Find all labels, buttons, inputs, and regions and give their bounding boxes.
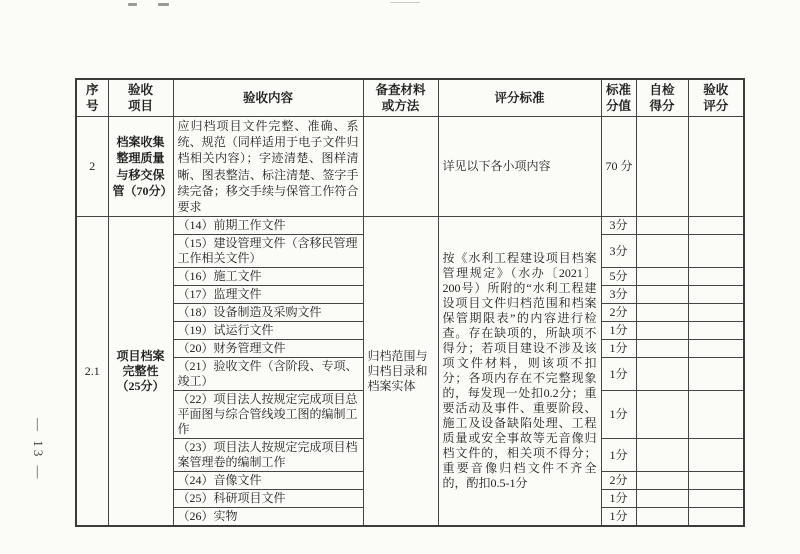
self-score-cell — [636, 322, 688, 340]
col-header-acceptance-score: 验收 评分 — [688, 79, 744, 117]
sub-item-label: （23）项目法人按规定完成项目档案管理卷的编制工作 — [173, 439, 363, 472]
row2-1-index: 2.1 — [76, 217, 108, 527]
sub-item-label: （18）设备制造及采购文件 — [173, 304, 363, 322]
sub-item-score: 2分 — [601, 472, 636, 490]
acceptance-score-cell — [688, 286, 744, 304]
sub-item-label: （25）科研项目文件 — [173, 490, 363, 508]
scan-artifact — [390, 2, 420, 3]
acceptance-score-cell — [688, 508, 744, 527]
sub-item-score: 5分 — [601, 268, 636, 286]
acceptance-score-cell — [688, 391, 744, 439]
sub-item-label: （24）音像文件 — [173, 472, 363, 490]
self-score-cell — [636, 472, 688, 490]
row2-self-score-cell — [636, 117, 688, 217]
row2-1-item: 项目档案完整性（25分） — [108, 217, 173, 527]
sub-item-score: 1分 — [601, 340, 636, 358]
scan-artifact — [158, 3, 169, 6]
self-score-cell — [636, 358, 688, 391]
self-score-cell — [636, 217, 688, 235]
self-score-cell — [636, 268, 688, 286]
sub-item-score: 1分 — [601, 358, 636, 391]
scan-artifact — [128, 3, 137, 6]
sub-item-score: 2分 — [601, 304, 636, 322]
page-number: — 13 — — [30, 418, 46, 482]
row2-materials — [363, 117, 438, 217]
sub-item-label: （15）建设管理文件（含移民管理工作相关文件） — [173, 235, 363, 268]
self-score-cell — [636, 340, 688, 358]
sub-item-label: （21）验收文件（含阶段、专项、竣工） — [173, 358, 363, 391]
row2-index: 2 — [76, 117, 108, 217]
row2-item: 档案收集整理质量与移交保管（70分） — [108, 117, 173, 217]
acceptance-score-cell — [688, 340, 744, 358]
self-score-cell — [636, 304, 688, 322]
self-score-cell — [636, 235, 688, 268]
sub-item-score: 3分 — [601, 217, 636, 235]
acceptance-score-cell — [688, 358, 744, 391]
sub-item-score: 3分 — [601, 286, 636, 304]
table-row-2-1-sub-0: 2.1 项目档案完整性（25分） （14）前期工作文件 归档范围与归档目录和档案… — [76, 217, 744, 235]
acceptance-score-cell — [688, 490, 744, 508]
acceptance-score-cell — [688, 268, 744, 286]
self-score-cell — [636, 490, 688, 508]
acceptance-score-cell — [688, 217, 744, 235]
sub-item-label: （22）项目法人按规定完成项目总平面图与综合管线竣工图的编制工作 — [173, 391, 363, 439]
sub-item-score: 1分 — [601, 391, 636, 439]
self-score-cell — [636, 508, 688, 527]
sub-item-score: 1分 — [601, 322, 636, 340]
row2-criteria: 详见以下各小项内容 — [438, 117, 601, 217]
row2-1-materials: 归档范围与归档目录和档案实体 — [363, 217, 438, 527]
sub-item-label: （14）前期工作文件 — [173, 217, 363, 235]
col-header-self-score: 自检 得分 — [636, 79, 688, 117]
sub-item-label: （19）试运行文件 — [173, 322, 363, 340]
acceptance-score-table: 序 号 验收 项目 验收内容 备查材料 或方法 评分标准 标准 分值 自检 得分… — [75, 78, 745, 527]
col-header-criteria: 评分标准 — [438, 79, 601, 117]
acceptance-score-cell — [688, 304, 744, 322]
sub-item-label: （17）监理文件 — [173, 286, 363, 304]
self-score-cell — [636, 286, 688, 304]
self-score-cell — [636, 391, 688, 439]
acceptance-score-cell — [688, 439, 744, 472]
self-score-cell — [636, 439, 688, 472]
col-header-index: 序 号 — [76, 79, 108, 117]
sub-item-score: 1分 — [601, 508, 636, 527]
table-header-row: 序 号 验收 项目 验收内容 备查材料 或方法 评分标准 标准 分值 自检 得分… — [76, 79, 744, 117]
row2-standard-score: 70 分 — [601, 117, 636, 217]
acceptance-score-cell — [688, 322, 744, 340]
sub-item-label: （20）财务管理文件 — [173, 340, 363, 358]
sub-item-label: （26）实物 — [173, 508, 363, 527]
row2-1-criteria: 按《水利工程建设项目档案管理规定》（水办〔2021〕200号）所附的“水利工程建… — [438, 217, 601, 527]
row2-acceptance-score-cell — [688, 117, 744, 217]
acceptance-score-cell — [688, 472, 744, 490]
sub-item-score: 1分 — [601, 439, 636, 472]
col-header-content: 验收内容 — [173, 79, 363, 117]
sub-item-label: （16）施工文件 — [173, 268, 363, 286]
acceptance-score-cell — [688, 235, 744, 268]
sub-item-score: 1分 — [601, 490, 636, 508]
col-header-materials: 备查材料 或方法 — [363, 79, 438, 117]
table-row-2: 2 档案收集整理质量与移交保管（70分） 应归档项目文件完整、准确、系统、规范（… — [76, 117, 744, 217]
sub-item-score: 3分 — [601, 235, 636, 268]
col-header-item: 验收 项目 — [108, 79, 173, 117]
row2-content: 应归档项目文件完整、准确、系统、规范（同样适用于电子文件归档相关内容）；字迹清楚… — [173, 117, 363, 217]
col-header-standard-score: 标准 分值 — [601, 79, 636, 117]
